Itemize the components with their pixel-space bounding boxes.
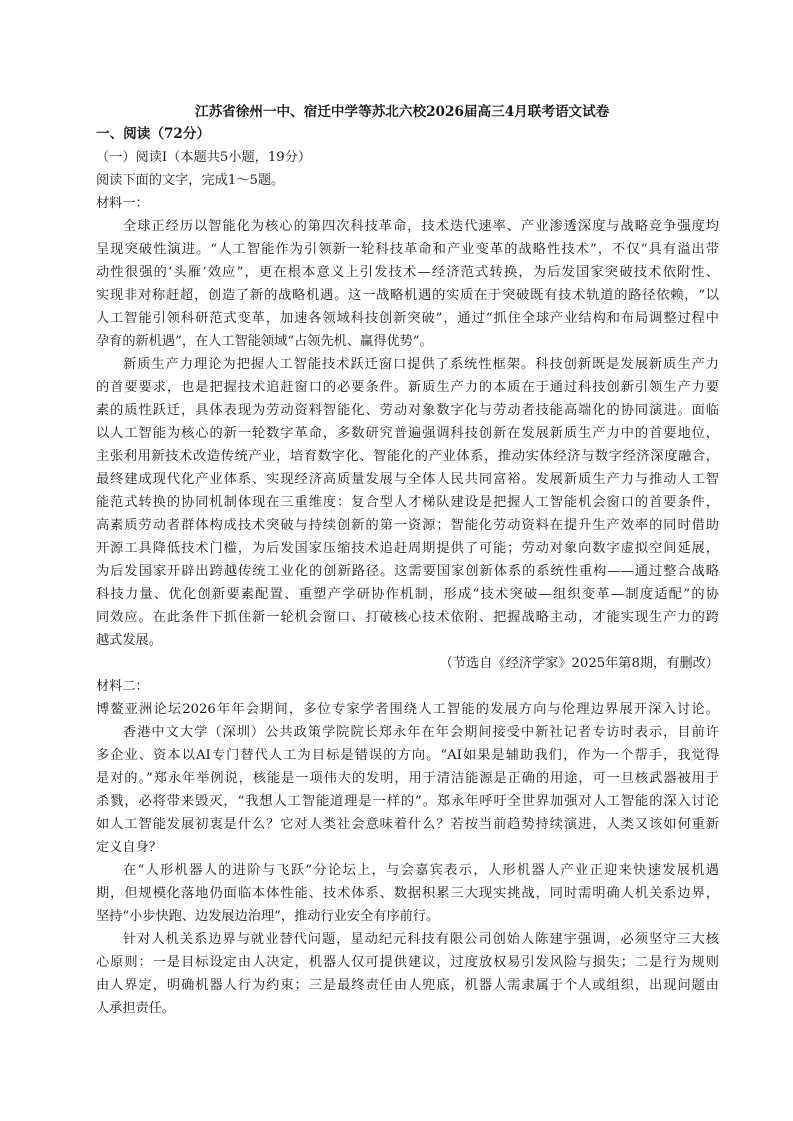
material1-line: 最终建成现代化产业体系、实现经济高质量发展与全体人民共同富裕。发展新质生产力与推…: [96, 471, 719, 489]
material2-line: 期，但规模化落地仍面临本体性能、技术体系、数据积累三大现实挑战，同时需明确人机关…: [96, 885, 719, 903]
material2-line: 针对人机关系边界与就业替代问题，星动纪元科技有限公司创始人陈建宇强调，必须坚守三…: [123, 931, 719, 949]
material2-line: 杀戮，必将带来毁灭，“我想人工智能道理是一样的”。郑永年呼吁全世界加强对人工智能…: [96, 793, 719, 811]
material1-line: 主张利用新技术改造传统产业，培育数字化、智能化的产业体系，推动实体经济与数字经济…: [96, 448, 719, 466]
material1-line: 动性很强的‘头雁’效应”，更在根本意义上引发技术—经济范式转换，为后发国家突破技…: [96, 264, 719, 282]
material2-line: 是对的。”郑永年举例说，核能是一项伟大的发明，用于清洁能源是正确的用途，可一旦核…: [96, 770, 719, 788]
material1-line: 的首要要求，也是把握技术追赶窗口的必要条件。新质生产力的本质在于通过科技创新引领…: [96, 379, 719, 397]
material2-line: 坚持“小步快跑、边发展边治理”，推动行业安全有序前行。: [96, 908, 439, 926]
instruction-text: 阅读下面的文字，完成1～5题。: [96, 172, 284, 190]
exam-title: 江苏省徐州一中、宿迁中学等苏北六校2026届高三4月联考语文试卷: [195, 103, 609, 121]
material2-line: 由人界定，明确机器人行为约束；三是最终责任由人兜底，机器人需隶属于个人或组织，出…: [96, 977, 719, 995]
material2-line: 人承担责任。: [96, 1000, 175, 1018]
material1-line: 开源工具降低技术门槛，为后发国家压缩技术追赶周期提供了可能；劳动对象向数字虚拟空…: [96, 540, 719, 558]
material1-line: 高素质劳动者群体构成技术突破与持续创新的第一资源；智能化劳动资料在提升生产效率的…: [96, 517, 719, 535]
material2-line: 在“人形机器人的进阶与飞跃”分论坛上，与会嘉宾表示，人形机器人产业正迎来快速发展…: [123, 862, 719, 880]
material1-line: 为后发国家开辟出跨越传统工业化的创新路径。这需要国家创新体系的系统性重构——通过…: [96, 563, 719, 581]
material1-line: 能范式转换的协同机制体现在三重维度：复合型人才梯队建设是把握人工智能机会窗口的首…: [96, 494, 719, 512]
material2-line: 多企业、资本以AI专门替代人工为目标是错误的方向。“AI如果是辅助我们，作为一个…: [96, 747, 719, 765]
material2-label: 材料二：: [96, 678, 149, 696]
material1-line: 实现非对称赶超，创造了新的战略机遇。这一战略机遇的实质在于突破既有技术轨道的路径…: [96, 287, 719, 305]
material2-line: 博鳌亚洲论坛2026年年会期间，多位专家学者围绕人工智能的发展方向与伦理边界展开…: [96, 701, 719, 719]
material1-line: 越式发展。: [96, 632, 162, 650]
material1-line: 孕育的新机遇”，在人工智能领域“占领先机、赢得优势”。: [96, 333, 433, 351]
subsection-heading: （一）阅读Ⅰ（本题共5小题，19分）: [96, 149, 311, 167]
material2-line: 心原则：一是目标设定由人决定，机器人仅可提供建议，过度放权易引发风险与损失；二是…: [96, 954, 719, 972]
material2-line: 如人工智能发展初衷是什么？它对人类社会意味着什么？若按当前趋势持续演进，人类又该…: [96, 816, 719, 834]
material2-line: 定义自身？: [96, 839, 162, 857]
material1-line: 科技力量、优化创新要素配置、重塑产学研协作机制，形成“技术突破—组织变革—制度适…: [96, 586, 719, 604]
section-heading: 一、阅读（72分）: [96, 125, 210, 143]
material1-line: 人工智能引领科研范式变革，加速各领域科技创新突破”，通过“抓住全球产业结构和布局…: [96, 310, 719, 328]
material2-line: 香港中文大学（深圳）公共政策学院院长郑永年在年会期间接受中新社记者专访时表示，目…: [123, 724, 719, 742]
material1-line: 素的质性跃迁，具体表现为劳动资料智能化、劳动对象数字化与劳动者技能高端化的协同演…: [96, 402, 719, 420]
material1-line: 以人工智能为核心的新一轮数字革命，多数研究普遍强调科技创新在发展新质生产力中的首…: [96, 425, 719, 443]
material1-line: 同效应。在此条件下抓住新一轮机会窗口、打破核心技术依附、把握战略主动，才能实现生…: [96, 609, 719, 627]
material1-source: （节选自《经济学家》2025年第8期，有删改）: [440, 655, 719, 673]
material1-line: 新质生产力理论为把握人工智能技术跃迁窗口提供了系统性框架。科技创新既是发展新质生…: [123, 356, 719, 374]
material1-line: 全球正经历以智能化为核心的第四次科技革命，技术迭代速率、产业渗透深度与战略竞争强…: [123, 218, 719, 236]
material1-label: 材料一：: [96, 195, 149, 213]
material1-line: 呈现突破性演进。“人工智能作为引领新一轮科技革命和产业变革的战略性技术”，不仅“…: [96, 241, 719, 259]
